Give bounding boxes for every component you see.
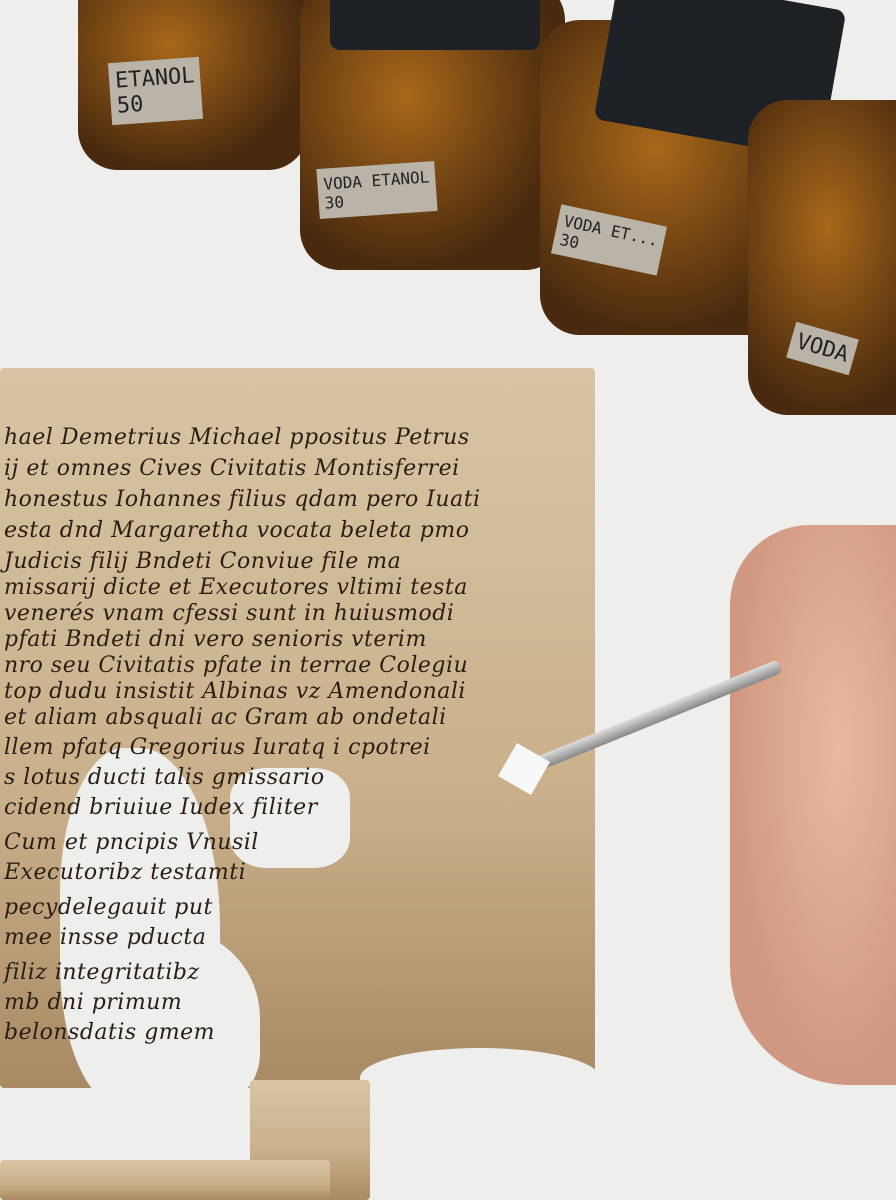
manuscript-line: esta dnd Margaretha vocata beleta pmo bbox=[4, 518, 469, 543]
manuscript-line: honestus Iohannes filius qdam pero Iuati bbox=[4, 487, 481, 512]
bottle-label-text: VODA ETANOL bbox=[323, 167, 430, 193]
burn-hole bbox=[80, 928, 260, 1108]
manuscript-line: mee insse pducta bbox=[4, 925, 206, 950]
manuscript-line: belonsdatis gmem bbox=[4, 1020, 215, 1045]
bottle-1-label: ETANOL50 bbox=[108, 57, 204, 125]
manuscript-line: filiz integritatibz bbox=[4, 960, 200, 985]
manuscript-line: hael Demetrius Michael ppositus Petrus bbox=[4, 425, 470, 450]
manuscript-line: s lotus ducti talis gmissario bbox=[4, 765, 325, 790]
bottle-label-text: VODA bbox=[794, 329, 852, 368]
manuscript-line: top dudu insistit Albinas vz Amendonali bbox=[4, 679, 466, 704]
bottle-2-label: VODA ETANOL30 bbox=[316, 161, 437, 219]
manuscript-line: cidend briuiue Iudex filiter bbox=[4, 795, 318, 820]
manuscript-line: pecydelegauit put bbox=[4, 895, 213, 920]
manuscript-line: Executoribz testamti bbox=[4, 860, 246, 885]
bottle-label-number: 30 bbox=[324, 192, 345, 212]
manuscript-line: venerés vnam cfessi sunt in huiusmodi bbox=[4, 601, 454, 626]
burn-hole bbox=[360, 1048, 600, 1108]
bottle-2-cap bbox=[330, 0, 540, 50]
manuscript-line: Judicis filij Bndeti Conviue file ma bbox=[4, 549, 401, 574]
manuscript-line: pfati Bndeti dni vero senioris vterim bbox=[4, 627, 427, 652]
manuscript-line: et aliam absquali ac Gram ab ondetali bbox=[4, 705, 447, 730]
manuscript-line: Cum et pncipis Vnusil bbox=[4, 830, 259, 855]
bottle-label-number: 30 bbox=[558, 230, 581, 253]
bottle-label-text: ETANOL bbox=[114, 63, 195, 93]
manuscript-line: missarij dicte et Executores vltimi test… bbox=[4, 575, 468, 600]
manuscript-line: mb dni primum bbox=[4, 990, 182, 1015]
parchment-fragment bbox=[0, 1160, 330, 1200]
manuscript-line: ij et omnes Cives Civitatis Montisferrei bbox=[4, 456, 460, 481]
manuscript-line: nro seu Civitatis pfate in terrae Colegi… bbox=[4, 653, 468, 678]
manuscript-line: llem pfatq Gregorius Iuratq i cpotrei bbox=[4, 735, 431, 760]
bottle-label-number: 50 bbox=[116, 92, 144, 119]
hand bbox=[730, 525, 896, 1085]
